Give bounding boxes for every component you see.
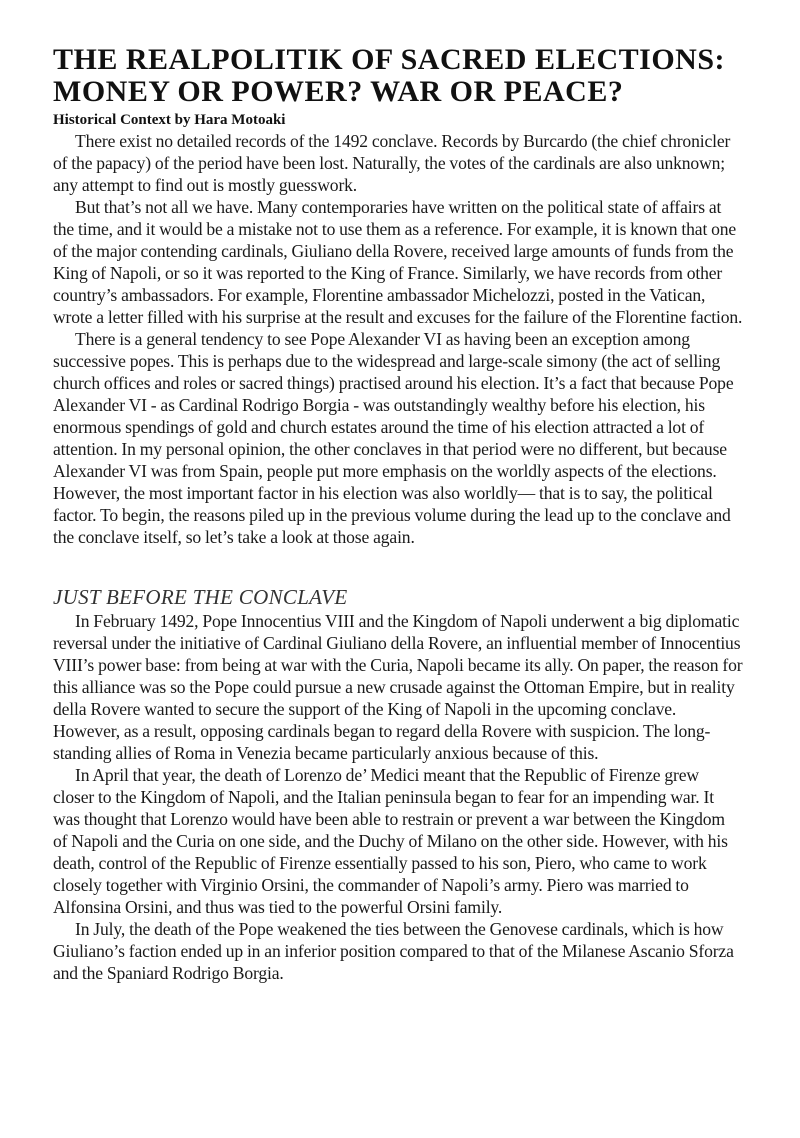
article-byline: Historical Context by Hara Motoaki — [53, 111, 743, 129]
intro-section: There exist no detailed records of the 1… — [53, 130, 743, 548]
article-title-line-1: The Realpolitik of Sacred Elections: — [53, 43, 725, 76]
document-page: The Realpolitik of Sacred Elections: Mon… — [53, 44, 743, 984]
paragraph: In April that year, the death of Lorenzo… — [53, 764, 743, 918]
paragraph: In February 1492, Pope Innocentius VIII … — [53, 610, 743, 764]
paragraph: There exist no detailed records of the 1… — [53, 130, 743, 196]
paragraph: In July, the death of the Pope weakened … — [53, 918, 743, 984]
article-title-line-2: Money or Power? War or Peace? — [53, 75, 623, 108]
paragraph: But that’s not all we have. Many contemp… — [53, 196, 743, 328]
article-title: The Realpolitik of Sacred Elections: Mon… — [53, 44, 743, 108]
section-heading: Just Before the Conclave — [53, 584, 743, 610]
just-before-conclave-section: In February 1492, Pope Innocentius VIII … — [53, 610, 743, 984]
paragraph: There is a general tendency to see Pope … — [53, 328, 743, 548]
